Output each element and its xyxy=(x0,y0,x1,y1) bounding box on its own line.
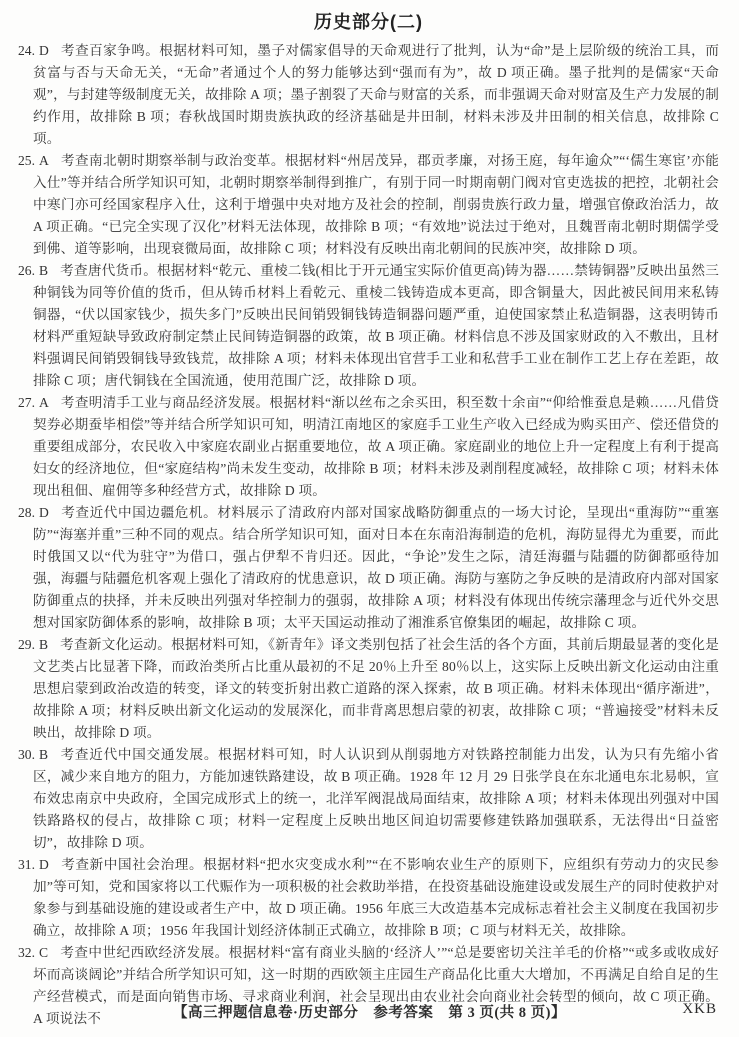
answer-item-29: 29.B考查新文化运动。根据材料可知，《新青年》译文类别包括了社会生活的各个方面… xyxy=(18,634,719,744)
answer-letter: D xyxy=(39,505,49,520)
explanation-text: 考查新中国社会治理。根据材料“把水灾变成水利”“在不影响农业生产的原则下，应组织… xyxy=(33,857,719,938)
question-number: 27. xyxy=(18,395,35,410)
explanation-text: 考查近代中国边疆危机。材料展示了清政府内部对国家战略防御重点的一场大讨论，呈现出… xyxy=(33,505,719,630)
answer-item-25: 25.A考查南北朝时期察举制与政治变革。根据材料“州居茂异，郡贡孝廉，对扬王庭，… xyxy=(18,150,719,260)
answer-letter: A xyxy=(39,153,49,168)
question-number: 26. xyxy=(18,263,35,278)
explanation-text: 考查新文化运动。根据材料可知，《新青年》译文类别包括了社会生活的各个方面，其前后… xyxy=(33,637,719,740)
exam-answer-page: 历史部分(二) 24.D考查百家争鸣。根据材料可知，墨子对儒家倡导的天命观进行了… xyxy=(0,0,739,1037)
question-number: 31. xyxy=(18,857,35,872)
answer-letter: D xyxy=(39,43,49,58)
question-number: 32. xyxy=(18,945,35,960)
question-number: 24. xyxy=(18,43,35,58)
answer-letter: B xyxy=(39,263,48,278)
answer-item-28: 28.D考查近代中国边疆危机。材料展示了清政府内部对国家战略防御重点的一场大讨论… xyxy=(18,502,719,634)
answer-letter: C xyxy=(39,945,48,960)
answer-item-30: 30.B考查近代中国交通发展。根据材料可知，时人认识到从削弱地方对铁路控制能力出… xyxy=(18,744,719,854)
page-title: 历史部分(二) xyxy=(18,8,719,34)
answer-letter: D xyxy=(39,857,49,872)
explanation-text: 考查南北朝时期察举制与政治变革。根据材料“州居茂异，郡贡孝廉，对扬王庭，每年逾众… xyxy=(33,153,719,256)
answer-item-24: 24.D考查百家争鸣。根据材料可知，墨子对儒家倡导的天命观进行了批判，认为“命”… xyxy=(18,40,719,150)
explanation-text: 考查百家争鸣。根据材料可知，墨子对儒家倡导的天命观进行了批判，认为“命”是上层阶… xyxy=(33,43,719,146)
explanation-text: 考查近代中国交通发展。根据材料可知，时人认识到从削弱地方对铁路控制能力出发，认为… xyxy=(33,747,719,850)
answer-item-27: 27.A考查明清手工业与商品经济发展。根据材料“渐以丝布之余买田，积至数十余亩”… xyxy=(18,392,719,502)
answer-letter: B xyxy=(39,637,48,652)
answer-letter: A xyxy=(39,395,49,410)
footer-watermark: XKB xyxy=(682,1001,717,1018)
answer-letter: B xyxy=(39,747,48,762)
question-number: 25. xyxy=(18,153,35,168)
answer-list: 24.D考查百家争鸣。根据材料可知，墨子对儒家倡导的天命观进行了批判，认为“命”… xyxy=(18,40,719,1030)
question-number: 30. xyxy=(18,747,35,762)
page-footer: 【高三押题信息卷·历史部分 参考答案 第 3 页(共 8 页)】 XKB xyxy=(0,1001,739,1023)
question-number: 28. xyxy=(18,505,35,520)
answer-item-26: 26.B考查唐代货币。根据材料“乾元、重棱二钱(相比于开元通宝实际价值更高)铸为… xyxy=(18,260,719,392)
question-number: 29. xyxy=(18,637,35,652)
explanation-text: 考查明清手工业与商品经济发展。根据材料“渐以丝布之余买田，积至数十余亩”“仰给惟… xyxy=(33,395,719,498)
answer-item-31: 31.D考查新中国社会治理。根据材料“把水灾变成水利”“在不影响农业生产的原则下… xyxy=(18,854,719,942)
explanation-text: 考查唐代货币。根据材料“乾元、重棱二钱(相比于开元通宝实际价值更高)铸为器……禁… xyxy=(33,263,719,388)
footer-caption: 【高三押题信息卷·历史部分 参考答案 第 3 页(共 8 页)】 xyxy=(0,1001,739,1022)
